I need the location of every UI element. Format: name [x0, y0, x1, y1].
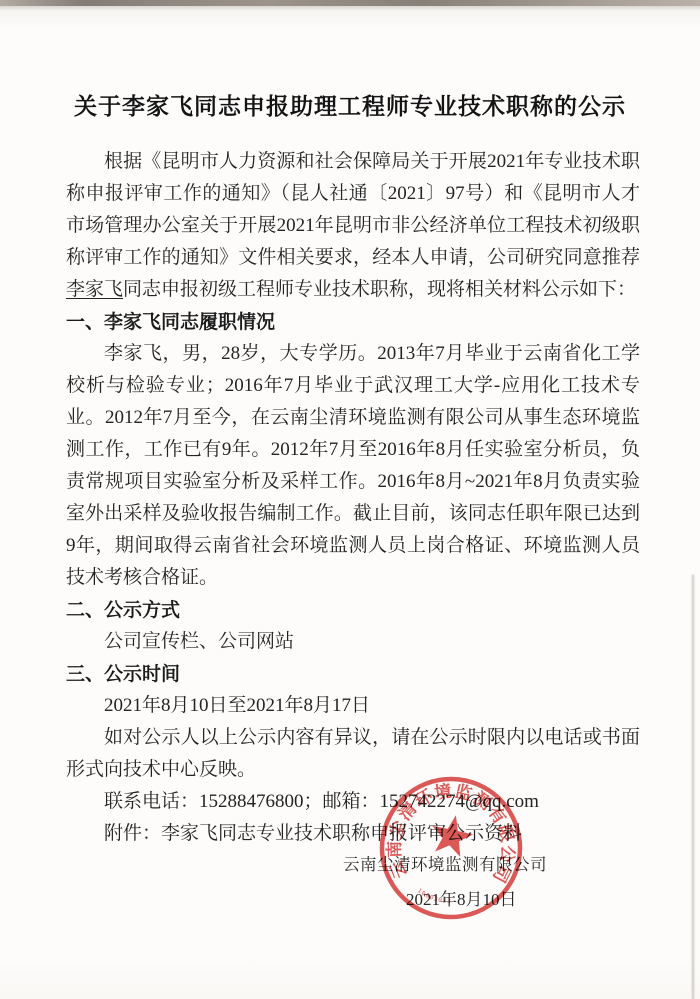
- applicant-name-underlined: 李家飞: [66, 279, 123, 300]
- section-2-heading: 二、公示方式: [66, 594, 640, 626]
- section-1-heading: 一、李家飞同志履职情况: [66, 306, 640, 338]
- scan-edge-right: [692, 575, 694, 999]
- section-1-body: 李家飞，男，28岁，大专学历。2013年7月毕业于云南省化工学校析与检验专业；2…: [66, 338, 640, 594]
- intro-text-before: 根据《昆明市人力资源和社会保障局关于开展2021年专业技术职称申报评审工作的通知…: [66, 151, 640, 268]
- attachment-line: 附件：李家飞同志专业技术职称申报评审公示资料: [66, 818, 640, 850]
- document-body: 根据《昆明市人力资源和社会保障局关于开展2021年专业技术职称申报评审工作的通知…: [66, 146, 640, 850]
- section-2-body: 公司宣传栏、公司网站: [66, 626, 640, 658]
- intro-text-after: 同志申报初级工程师专业技术职称，现将相关材料公示如下：: [123, 279, 636, 300]
- seal-star-icon: [427, 811, 476, 859]
- objection-paragraph: 如对公示人以上公示内容有异议，请在公示时限内以电话或书面形式向技术中心反映。: [66, 722, 640, 786]
- page-title: 关于李家飞同志申报助理工程师专业技术职称的公示: [0, 88, 700, 121]
- company-seal-stamp: 云南尘清环境监测有限公司 10003033: [356, 753, 546, 943]
- scanned-document-page: 关于李家飞同志申报助理工程师专业技术职称的公示 根据《昆明市人力资源和社会保障局…: [0, 0, 700, 999]
- section-3-body: 2021年8月10日至2021年8月17日: [66, 690, 640, 722]
- contact-line: 联系电话：15288476800；邮箱：152742274@qq.com: [66, 786, 640, 818]
- seal-number: 10003033: [415, 887, 454, 907]
- svg-text:10003033: 10003033: [415, 887, 454, 907]
- section-3-heading: 三、公示时间: [66, 658, 640, 690]
- scan-edge-top-shadow: [0, 6, 700, 11]
- intro-paragraph: 根据《昆明市人力资源和社会保障局关于开展2021年专业技术职称申报评审工作的通知…: [66, 146, 640, 306]
